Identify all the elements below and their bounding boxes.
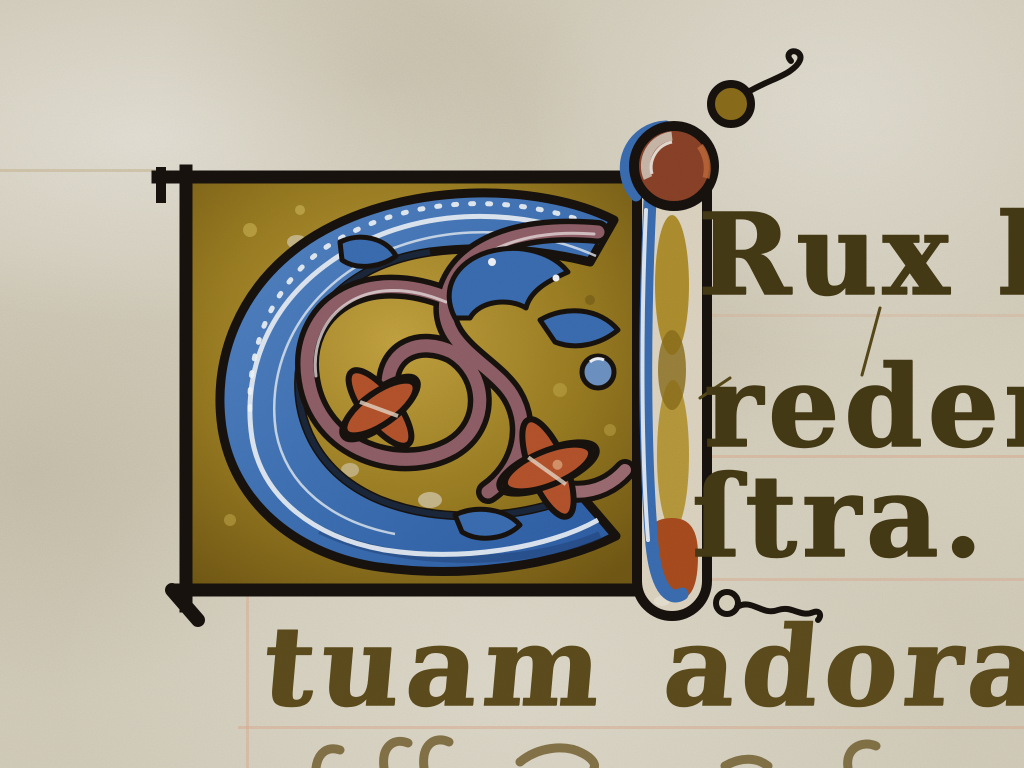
pen-squiggle-top — [748, 51, 801, 92]
text-line-2: redem — [704, 352, 1024, 464]
manuscript-photo: Rux b redem ſtra. c tuam adoram — [0, 0, 1024, 768]
gold-roundel-flourish — [711, 84, 751, 124]
text-line-3: ſtra. c — [692, 462, 1024, 574]
partial-line-strokes — [316, 740, 876, 768]
text-line-1: Rux b — [698, 200, 1024, 312]
text-line-4: tuam adoram — [259, 612, 1024, 722]
